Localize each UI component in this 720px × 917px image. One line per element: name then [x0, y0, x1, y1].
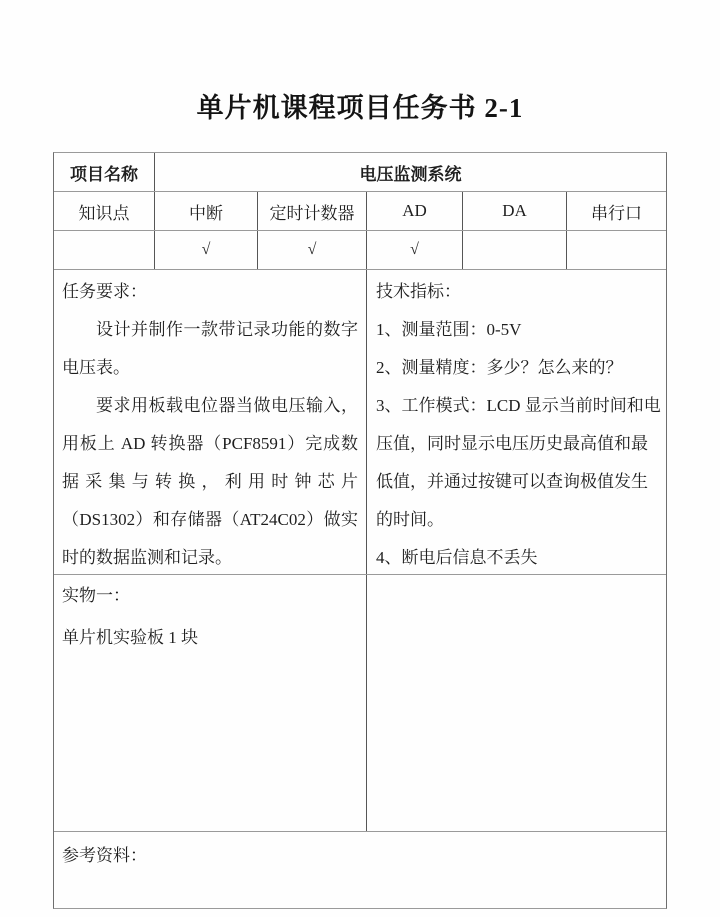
check-empty-label: [54, 231, 154, 269]
task-requirements-heading: 任务要求：: [62, 273, 358, 311]
spec-item: 3、工作模式：LCD 显示当前时间和电压值，同时显示电压历史最高值和最低值，并通…: [376, 387, 661, 539]
check-timer-counter: √: [257, 231, 366, 269]
check-ad: √: [366, 231, 462, 269]
spec-item: 4、断电后信息不丢失: [376, 539, 661, 574]
project-name-value: 电压监测系统: [154, 153, 666, 191]
materials-heading: 实物一：: [62, 575, 358, 617]
check-serial-port: [566, 231, 666, 269]
references-row: 参考资料：: [54, 831, 666, 908]
materials-line: 单片机实验板 1 块: [62, 617, 358, 659]
task-paragraph: 设计并制作一款带记录功能的数字电压表。: [62, 311, 358, 387]
knowledge-label: 知识点: [54, 192, 154, 230]
task-paragraph: 要求用板载电位器当做电压输入，用板上 AD 转换器（PCF8591）完成数据采集…: [62, 387, 358, 574]
project-name-label: 项目名称: [54, 153, 154, 191]
task-requirements-cell: 任务要求： 设计并制作一款带记录功能的数字电压表。 要求用板载电位器当做电压输入…: [54, 270, 366, 574]
technical-specs-cell: 技术指标： 1、测量范围：0-5V 2、测量精度：多少？怎么来的？ 3、工作模式…: [366, 270, 666, 574]
materials-cell: 实物一： 单片机实验板 1 块: [54, 575, 366, 831]
project-name-row: 项目名称 电压监测系统: [54, 153, 666, 191]
knowledge-check-row: √ √ √: [54, 230, 666, 269]
materials-empty-cell: [366, 575, 666, 831]
knowledge-col-timer-counter: 定时计数器: [257, 192, 366, 230]
materials-row: 实物一： 单片机实验板 1 块: [54, 574, 666, 831]
document-page: 单片机课程项目任务书 2-1 项目名称 电压监测系统 知识点 中断 定时计数器 …: [0, 0, 720, 917]
technical-specs-heading: 技术指标：: [376, 273, 661, 311]
spec-item: 1、测量范围：0-5V: [376, 311, 661, 349]
task-table: 项目名称 电压监测系统 知识点 中断 定时计数器 AD DA 串行口 √ √ √…: [53, 152, 667, 909]
references-heading: 参考资料：: [54, 832, 666, 908]
spec-item: 2、测量精度：多少？怎么来的？: [376, 349, 661, 387]
knowledge-col-interrupt: 中断: [154, 192, 257, 230]
knowledge-header-row: 知识点 中断 定时计数器 AD DA 串行口: [54, 191, 666, 230]
check-da: [462, 231, 566, 269]
knowledge-col-da: DA: [462, 192, 566, 230]
knowledge-col-ad: AD: [366, 192, 462, 230]
page-title: 单片机课程项目任务书 2-1: [0, 86, 720, 125]
requirements-row: 任务要求： 设计并制作一款带记录功能的数字电压表。 要求用板载电位器当做电压输入…: [54, 269, 666, 574]
check-interrupt: √: [154, 231, 257, 269]
knowledge-col-serial-port: 串行口: [566, 192, 666, 230]
